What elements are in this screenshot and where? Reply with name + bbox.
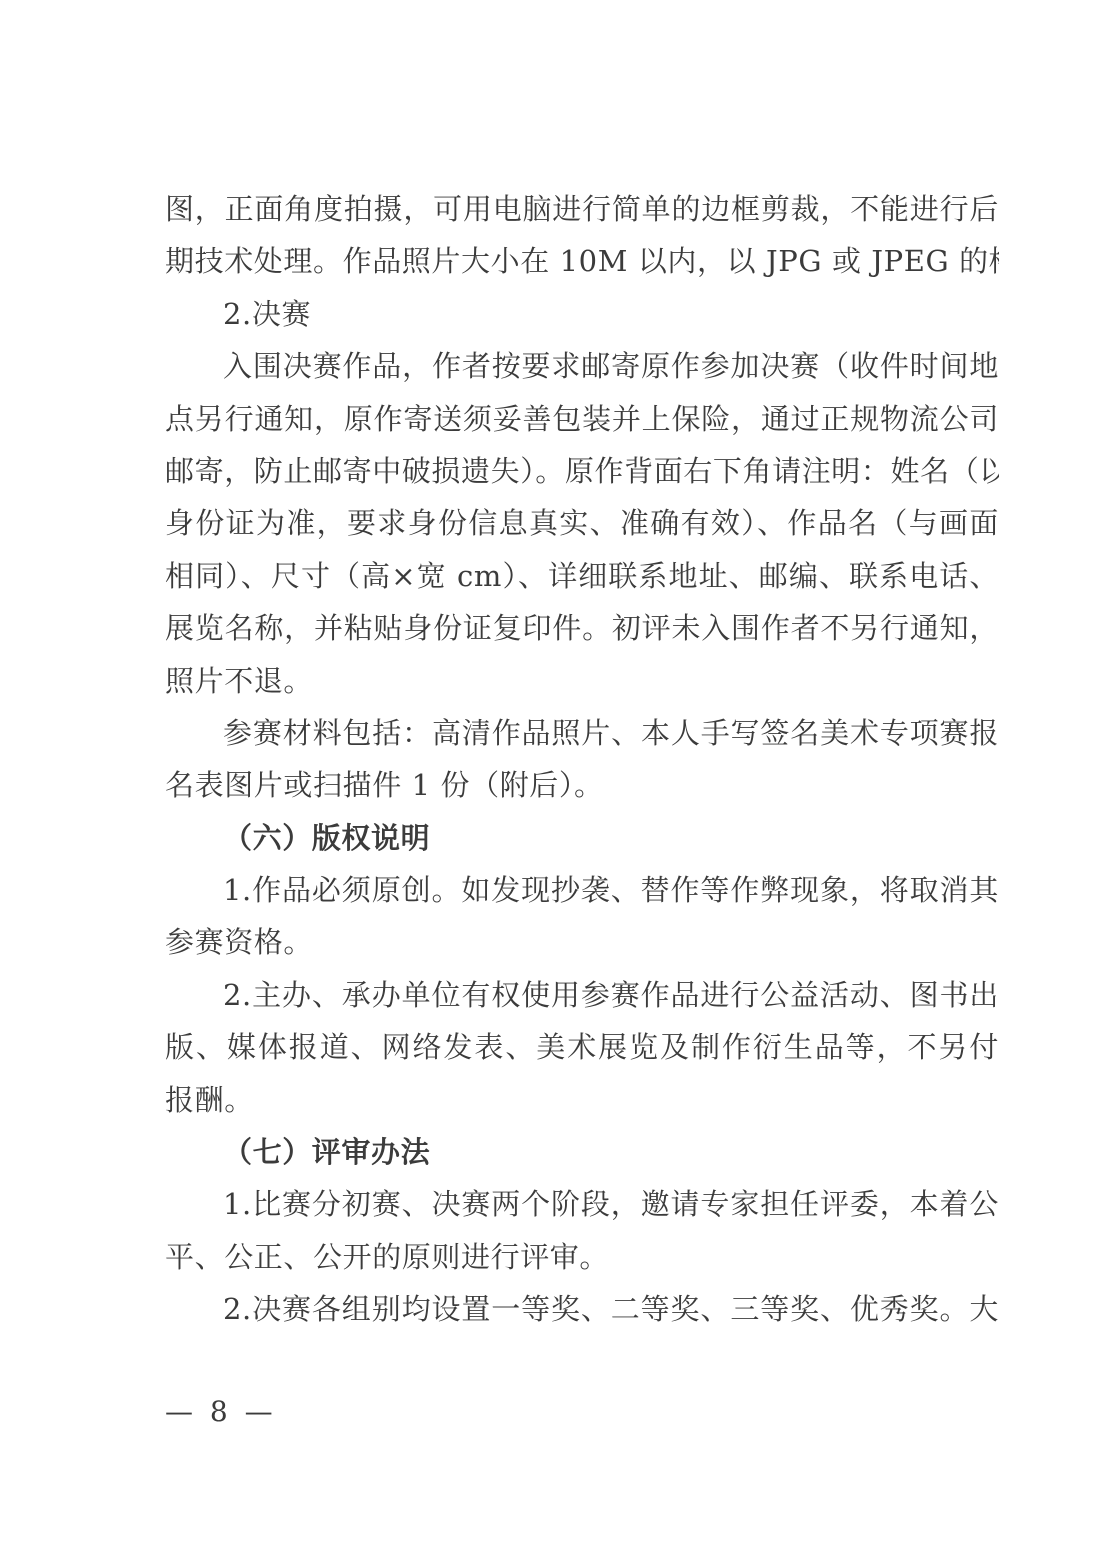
materials-line-1: 参赛材料包括：高清作品照片、本人手写签名美术专项赛报 — [165, 707, 999, 759]
body-line-2: 期技术处理。作品照片大小在 10M 以内，以 JPG 或 JPEG 的格式报送。 — [165, 235, 999, 287]
copyright-item-2-line-1: 2.主办、承办单位有权使用参赛作品进行公益活动、图书出 — [165, 969, 999, 1021]
final-paragraph-line-5: 相同）、尺寸（高×宽 cm）、详细联系地址、邮编、联系电话、 — [165, 550, 999, 602]
materials-line-2: 名表图片或扫描件 1 份（附后）。 — [165, 759, 999, 811]
page-number: — 8 — — [165, 1395, 277, 1428]
document-page: 图，正面角度拍摄，可用电脑进行简单的边框剪裁，不能进行后 期技术处理。作品照片大… — [165, 183, 999, 1336]
final-paragraph-line-6: 展览名称，并粘贴身份证复印件。初评未入围作者不另行通知， — [165, 602, 999, 654]
copyright-item-2-line-3: 报酬。 — [165, 1074, 999, 1126]
section-judging-heading: （七）评审办法 — [165, 1126, 999, 1178]
final-paragraph-line-2: 点另行通知，原作寄送须妥善包装并上保险，通过正规物流公司 — [165, 393, 999, 445]
judging-item-2-line-1: 2.决赛各组别均设置一等奖、二等奖、三等奖、优秀奖。大 — [165, 1283, 999, 1335]
final-paragraph-line-3: 邮寄，防止邮寄中破损遗失）。原作背面右下角请注明：姓名（以 — [165, 445, 999, 497]
copyright-item-2-line-2: 版、媒体报道、网络发表、美术展览及制作衍生品等，不另付 — [165, 1021, 999, 1073]
section-copyright-heading: （六）版权说明 — [165, 812, 999, 864]
subsection-final-title: 2.决赛 — [165, 288, 999, 340]
final-paragraph-line-1: 入围决赛作品，作者按要求邮寄原作参加决赛（收件时间地 — [165, 340, 999, 392]
copyright-item-1-line-1: 1.作品必须原创。如发现抄袭、替作等作弊现象，将取消其 — [165, 864, 999, 916]
judging-item-1-line-2: 平、公正、公开的原则进行评审。 — [165, 1231, 999, 1283]
final-paragraph-line-7: 照片不退。 — [165, 655, 999, 707]
judging-item-1-line-1: 1.比赛分初赛、决赛两个阶段，邀请专家担任评委，本着公 — [165, 1178, 999, 1230]
body-line-1: 图，正面角度拍摄，可用电脑进行简单的边框剪裁，不能进行后 — [165, 183, 999, 235]
copyright-item-1-line-2: 参赛资格。 — [165, 916, 999, 968]
final-paragraph-line-4: 身份证为准，要求身份信息真实、准确有效）、作品名（与画面 — [165, 497, 999, 549]
